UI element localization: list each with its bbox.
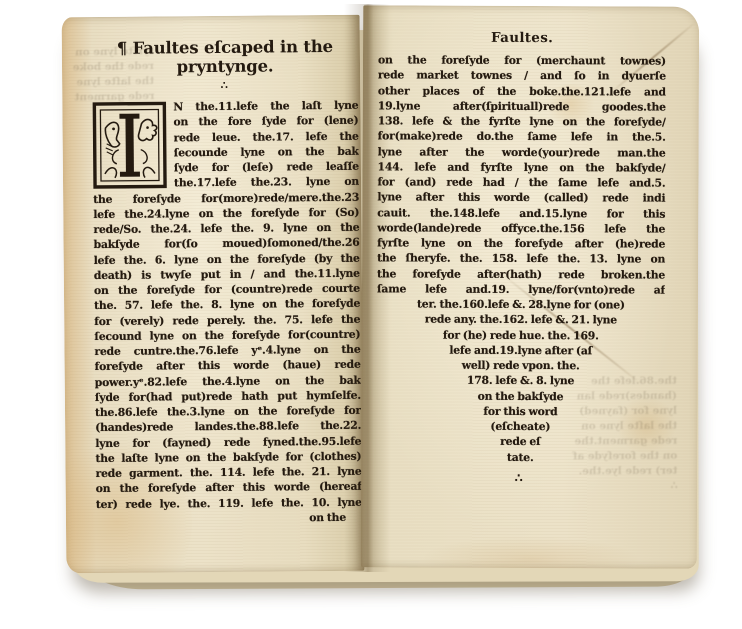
errata-lines-left: the foreſyde for(more)rede/mere.the.23le…: [93, 189, 362, 512]
errata-line: on the foreſyde after this worde (hereaf: [96, 479, 362, 497]
errata-line: cauit. the.148.lefe and.15.lyne for this: [377, 205, 665, 222]
errata-line: well) rede vpon. the.: [377, 357, 665, 374]
errata-line: worde(lande)rede offyce.the.156 lefe the: [377, 220, 665, 237]
errata-line: lyne after the worde(your)rede man.the: [378, 144, 666, 161]
errata-line: (handes)rede landes.the.88.lefe the.22.: [95, 418, 361, 436]
foxing-stain: [62, 17, 97, 573]
errata-line: foreſyde after this worde (haue) rede: [95, 357, 361, 375]
errata-line: on the bakſyde: [376, 388, 664, 405]
errata-line: (eſcheate): [376, 418, 664, 435]
running-header: Faultes.: [378, 29, 666, 46]
foxing-stain: [421, 536, 641, 569]
left-page: fyrſte lyne on rede the boke the laſte l…: [62, 15, 365, 574]
errata-lines-right: on the foreſyde for (merchaunt townes)re…: [377, 52, 666, 297]
errata-line: tate.: [376, 449, 664, 466]
errata-line: ter. the.160.lefe &. 28.lyne for (one): [377, 296, 665, 313]
errata-line: 138. lefe & the fyrſte lyne on the foreſ…: [378, 113, 666, 130]
errata-line: fyrſte lyne on the foreſyde after (he)re…: [377, 235, 665, 252]
errata-body: on the foreſyde for (merchaunt townes)re…: [376, 52, 666, 486]
errata-line: rede eſ: [376, 434, 664, 451]
errata-line: rede any. the.162. lefe &. 21. lyne: [377, 312, 665, 329]
errata-line: 178. lefe &. 8. lyne: [377, 373, 665, 390]
errata-title: pryntynge.: [92, 56, 358, 77]
errata-line: for(make)rede do.the ſame lefe in the.5.: [378, 129, 666, 146]
right-page-text-block: Faultes. on the foreſyde for (merchaunt …: [376, 29, 666, 486]
errata-line: lefe and.19.lyne after (aſ: [377, 342, 665, 359]
errata-line: the.17.lefe the.23. lyne on: [174, 174, 359, 191]
errata-title: ¶ Faultes eſcaped in the: [92, 37, 358, 58]
errata-line: for (and) rede had / the ſame lefe and.5…: [377, 174, 665, 191]
errata-line: ſyde for (leſe) rede leaſſe: [174, 159, 359, 176]
title-ornament: ∴: [92, 78, 358, 93]
catchword: on the: [96, 509, 362, 527]
errata-line: for this word: [376, 403, 664, 420]
book-spread: fyrſte lyne on rede the boke the laſte l…: [0, 0, 742, 629]
errata-line: other places of the boke.the.121.lefe an…: [378, 83, 666, 100]
errata-line: for (he) rede hue. the. 169.: [377, 327, 665, 344]
woodcut-initial-I: [92, 101, 167, 189]
errata-line: N the.11.lefe the laſt lyne: [173, 98, 358, 115]
errata-line: the foreſyde after(hath) rede broken.the: [377, 266, 665, 283]
errata-line: 144. lefe and fyrſte lyne on the bakſyde…: [377, 159, 665, 176]
errata-line: on the foreſyde for (merchaunt townes): [378, 52, 666, 69]
right-page: the.86.lefe the (handes)rede lan lyne fo…: [361, 5, 699, 568]
errata-line: the. 57. lefe the. 8. lyne on the foreſy…: [94, 296, 360, 314]
errata-line: rede leue. the.17. lefe the: [174, 128, 359, 145]
errata-line: ſecounde lyne on the bak: [174, 143, 359, 160]
errata-line: bakſyde for(ſo moued)ſomoned/the.26: [94, 235, 360, 253]
errata-line: lyne after this worde (called) rede indi: [377, 190, 665, 207]
errata-line: the ſheryfe. the. 158. lefe the. 13. lyn…: [377, 251, 665, 268]
errata-line: ſame lefe and.19. lyne/for(vnto)rede af: [377, 281, 665, 298]
errata-line: 19.lyne after(ſpirituall)rede goodes.the: [378, 98, 666, 115]
errata-taper-lines: ter. the.160.lefe &. 28.lyne for (one)re…: [376, 296, 665, 465]
errata-body: N the.11.lefe the laſt lyne on the fore …: [92, 98, 362, 527]
errata-line: rede market townes / and ſo in dyuerſe: [378, 68, 666, 85]
left-page-text-block: ¶ Faultes eſcaped in the pryntynge. ∴: [92, 37, 362, 527]
end-ornament: ∴: [376, 470, 664, 487]
errata-line: on the fore ſyde for (lene): [173, 113, 358, 130]
